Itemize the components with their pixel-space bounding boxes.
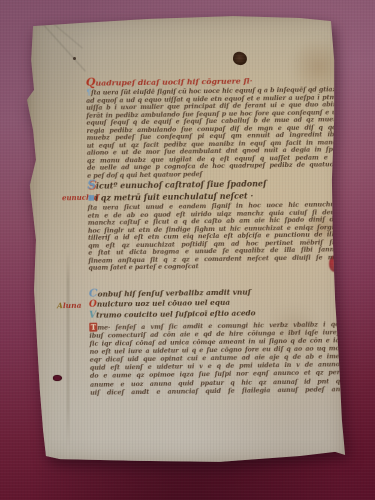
decorated-initial: ▪ — [87, 191, 95, 204]
manuscript-leaf: eunuchuſ Aluna Quadrupeſ dicaſ uociſ hiſ… — [26, 13, 348, 465]
paragraph: ſta uera ſicut unud e eandem ſignif in h… — [88, 201, 339, 272]
decorated-initial: T — [89, 323, 97, 332]
text-block: Quadrupeſ dicaſ uociſ hiſ cōgruere ſi·¶ſ… — [86, 74, 340, 396]
crease-line — [42, 23, 86, 71]
crease-line — [67, 251, 69, 446]
verse-group: Conbuſ hiſ ſenſuſ verbalibz amdit vnuſOn… — [89, 285, 339, 322]
decorated-initial: ¶ — [86, 87, 91, 97]
ink-spot — [73, 57, 76, 60]
wormhole — [53, 375, 62, 381]
margin-note-aluna: Aluna — [57, 301, 82, 310]
decorated-initial: V — [89, 311, 96, 321]
photo-background: eunuchuſ Aluna Quadrupeſ dicaſ uociſ hiſ… — [0, 0, 375, 500]
decorated-initial: S — [87, 178, 96, 192]
ink-spot — [232, 51, 248, 67]
decorated-initial: O — [89, 300, 97, 310]
decorated-initial: C — [89, 286, 98, 299]
manuscript-leaf-wrap: eunuchuſ Aluna Quadrupeſ dicaſ uociſ hiſ… — [0, 0, 375, 500]
paragraph: Tme· ſenſeſ a vmſ ſic amdit e comungi hi… — [89, 320, 340, 396]
paragraph: ¶ſta uera ſūt eiuſdē ſigniſ cū hoc uoce … — [86, 85, 337, 172]
text-line: quam ſatet e parteſ e cognoſcat — [88, 261, 338, 272]
verse-line: Vtrumo couicito uel ſuſpicoī eſtio acedo — [89, 307, 339, 321]
